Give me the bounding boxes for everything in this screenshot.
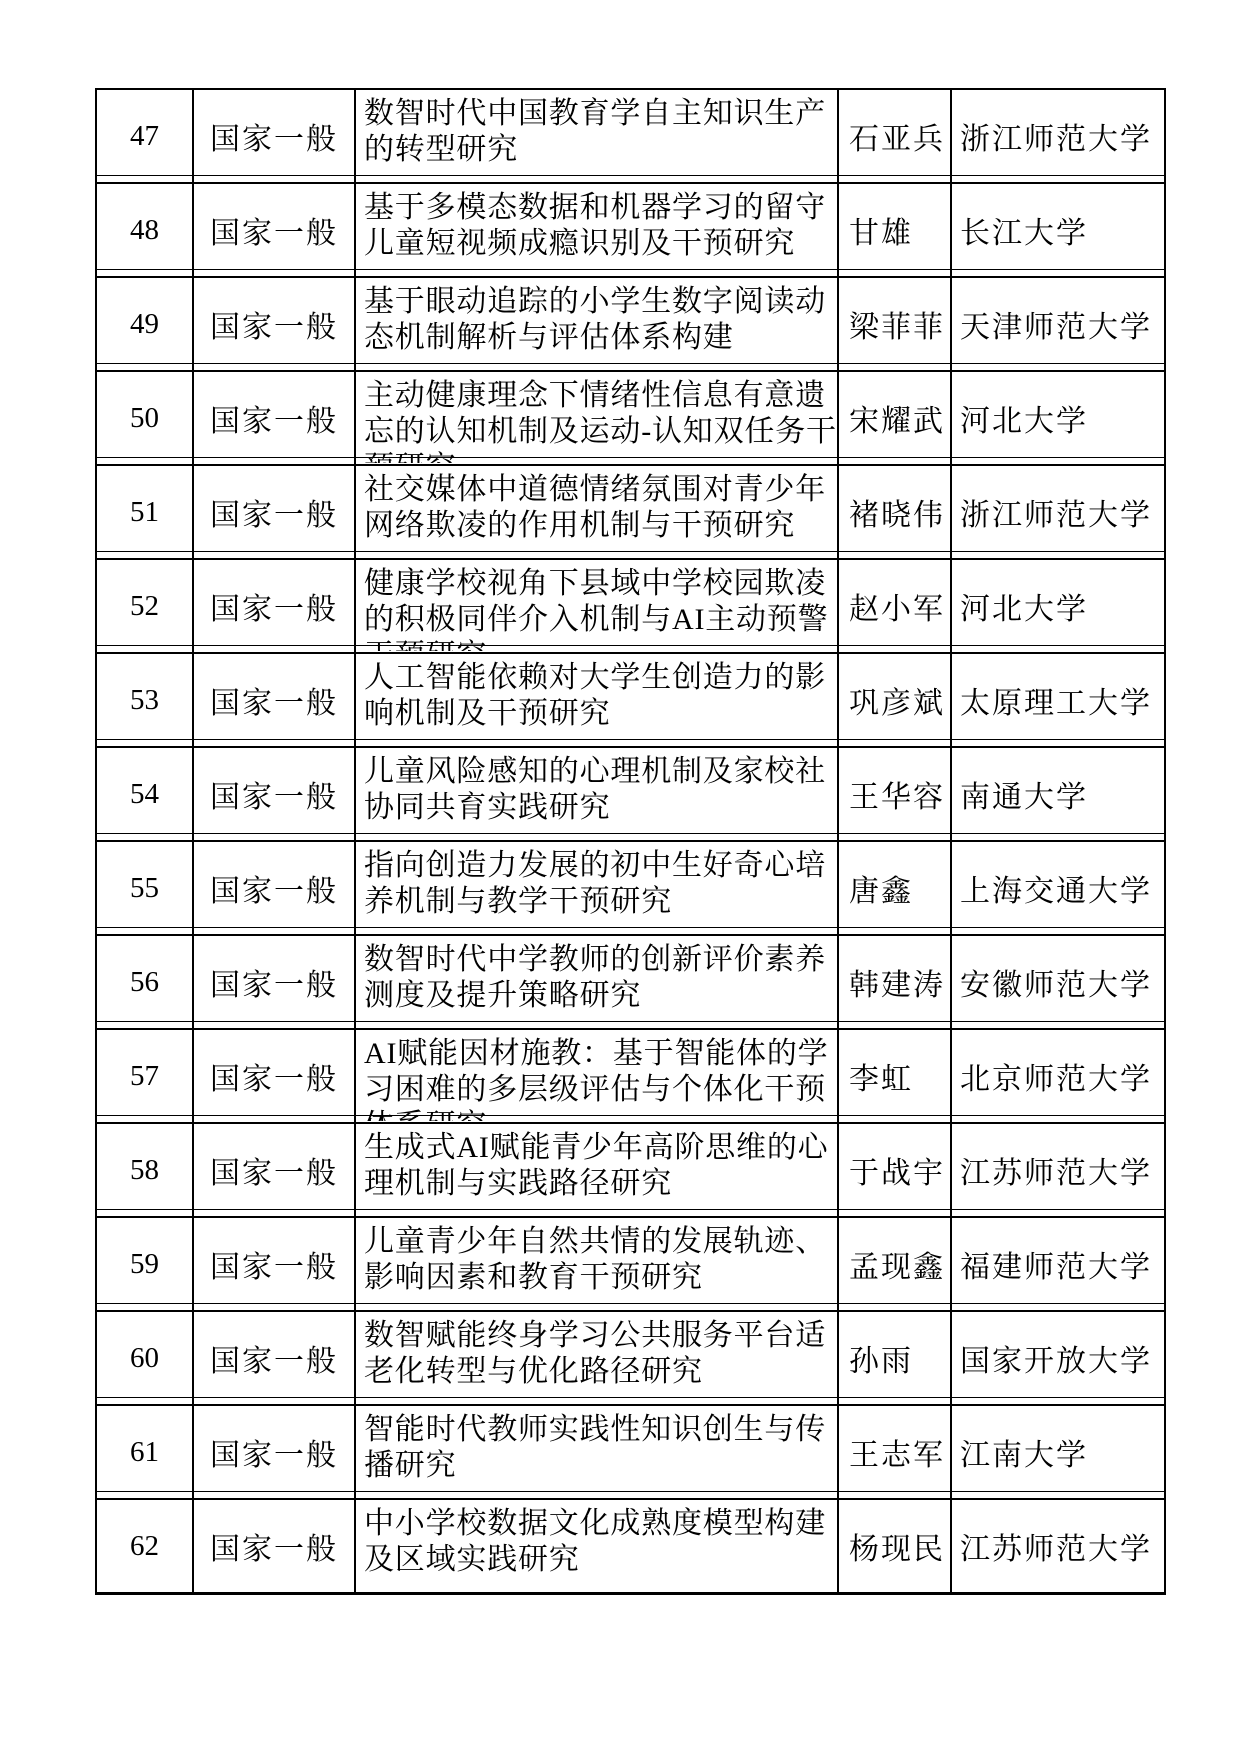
project-type-cell: 国家一般 (194, 466, 356, 558)
project-title-cell: 基于眼动追踪的小学生数字阅读动态机制解析与评估体系构建 (356, 278, 839, 370)
project-title-cell: 智能时代教师实践性知识创生与传播研究 (356, 1406, 839, 1498)
row-number-cell: 48 (97, 184, 194, 276)
leader-name-cell: 韩建涛 (839, 936, 952, 1028)
institution-name: 福建师范大学 (960, 1242, 1152, 1286)
table-row: 53 国家一般 人工智能依赖对大学生创造力的影响机制及干预研究 巩彦斌 太原理工… (97, 654, 1164, 748)
leader-name-cell: 褚晓伟 (839, 466, 952, 558)
project-type-cell: 国家一般 (194, 1218, 356, 1310)
leader-name: 甘雄 (849, 208, 913, 252)
table-row: 56 国家一般 数智时代中学教师的创新评价素养测度及提升策略研究 韩建涛 安徽师… (97, 936, 1164, 1030)
project-title: 主动健康理念下情绪性信息有意遗忘的认知机制及运动-认知双任务干预研究 (364, 378, 837, 463)
leader-name: 宋耀武 (849, 396, 945, 440)
row-number-cell: 49 (97, 278, 194, 370)
project-title: 健康学校视角下县域中学校园欺凌的积极同伴介入机制与AI主动预警干预研究 (364, 566, 837, 651)
project-type: 国家一般 (210, 302, 338, 346)
row-number-cell: 53 (97, 654, 194, 746)
row-number: 54 (130, 778, 159, 811)
institution-cell: 上海交通大学 (952, 842, 1164, 934)
leader-name: 石亚兵 (849, 114, 945, 158)
project-type: 国家一般 (210, 1148, 338, 1192)
row-number-cell: 47 (97, 90, 194, 182)
project-title: 智能时代教师实践性知识创生与传播研究 (364, 1412, 837, 1497)
row-number: 55 (130, 872, 159, 905)
leader-name-cell: 孟现鑫 (839, 1218, 952, 1310)
row-number-cell: 60 (97, 1312, 194, 1404)
project-title: 生成式AI赋能青少年高阶思维的心理机制与实践路径研究 (364, 1130, 837, 1215)
project-type-cell: 国家一般 (194, 1500, 356, 1592)
institution-cell: 安徽师范大学 (952, 936, 1164, 1028)
project-type: 国家一般 (210, 396, 338, 440)
institution-cell: 南通大学 (952, 748, 1164, 840)
institution-cell: 浙江师范大学 (952, 466, 1164, 558)
row-number-cell: 61 (97, 1406, 194, 1498)
row-number: 49 (130, 308, 159, 341)
row-number-cell: 58 (97, 1124, 194, 1216)
leader-name-cell: 王志军 (839, 1406, 952, 1498)
project-type: 国家一般 (210, 1430, 338, 1474)
leader-name: 王华容 (849, 772, 945, 816)
project-type-cell: 国家一般 (194, 1406, 356, 1498)
leader-name: 孟现鑫 (849, 1242, 945, 1286)
project-title-cell: 数智时代中国教育学自主知识生产的转型研究 (356, 90, 839, 182)
project-title-cell: 基于多模态数据和机器学习的留守儿童短视频成瘾识别及干预研究 (356, 184, 839, 276)
leader-name-cell: 杨现民 (839, 1500, 952, 1592)
project-title-cell: 儿童青少年自然共情的发展轨迹、影响因素和教育干预研究 (356, 1218, 839, 1310)
row-number: 52 (130, 590, 159, 623)
document-page: 47 国家一般 数智时代中国教育学自主知识生产的转型研究 石亚兵 浙江师范大学 … (0, 0, 1241, 1754)
project-title-cell: 指向创造力发展的初中生好奇心培养机制与教学干预研究 (356, 842, 839, 934)
institution-name: 国家开放大学 (960, 1336, 1152, 1380)
leader-name: 杨现民 (849, 1524, 945, 1568)
row-number-cell: 51 (97, 466, 194, 558)
project-type-cell: 国家一般 (194, 1030, 356, 1122)
table-row: 61 国家一般 智能时代教师实践性知识创生与传播研究 王志军 江南大学 (97, 1406, 1164, 1500)
leader-name: 于战宇 (849, 1148, 945, 1192)
table-row: 58 国家一般 生成式AI赋能青少年高阶思维的心理机制与实践路径研究 于战宇 江… (97, 1124, 1164, 1218)
row-number: 51 (130, 496, 159, 529)
project-type: 国家一般 (210, 960, 338, 1004)
leader-name-cell: 唐鑫 (839, 842, 952, 934)
project-type: 国家一般 (210, 208, 338, 252)
institution-name: 上海交通大学 (960, 866, 1152, 910)
row-number-cell: 56 (97, 936, 194, 1028)
leader-name: 孙雨 (849, 1336, 913, 1380)
project-title-cell: 主动健康理念下情绪性信息有意遗忘的认知机制及运动-认知双任务干预研究 (356, 372, 839, 464)
table-row: 52 国家一般 健康学校视角下县域中学校园欺凌的积极同伴介入机制与AI主动预警干… (97, 560, 1164, 654)
institution-name: 太原理工大学 (960, 678, 1152, 722)
project-type-cell: 国家一般 (194, 372, 356, 464)
leader-name: 李虹 (849, 1054, 913, 1098)
project-type-cell: 国家一般 (194, 748, 356, 840)
table-row: 57 国家一般 AI赋能因材施教：基于智能体的学习困难的多层级评估与个体化干预体… (97, 1030, 1164, 1124)
institution-cell: 江南大学 (952, 1406, 1164, 1498)
institution-name: 天津师范大学 (960, 302, 1152, 346)
leader-name-cell: 李虹 (839, 1030, 952, 1122)
institution-cell: 河北大学 (952, 560, 1164, 652)
institution-name: 江苏师范大学 (960, 1148, 1152, 1192)
project-type-cell: 国家一般 (194, 90, 356, 182)
project-title: 儿童风险感知的心理机制及家校社协同共育实践研究 (364, 754, 837, 839)
table-row: 47 国家一般 数智时代中国教育学自主知识生产的转型研究 石亚兵 浙江师范大学 (97, 90, 1164, 184)
project-type-cell: 国家一般 (194, 184, 356, 276)
row-number-cell: 59 (97, 1218, 194, 1310)
project-title-cell: AI赋能因材施教：基于智能体的学习困难的多层级评估与个体化干预体系研究 (356, 1030, 839, 1122)
leader-name: 梁菲菲 (849, 302, 945, 346)
row-number: 62 (130, 1530, 159, 1563)
institution-name: 南通大学 (960, 772, 1088, 816)
row-number-cell: 54 (97, 748, 194, 840)
projects-table: 47 国家一般 数智时代中国教育学自主知识生产的转型研究 石亚兵 浙江师范大学 … (95, 88, 1166, 1595)
leader-name-cell: 孙雨 (839, 1312, 952, 1404)
leader-name-cell: 巩彦斌 (839, 654, 952, 746)
leader-name-cell: 王华容 (839, 748, 952, 840)
project-title: 儿童青少年自然共情的发展轨迹、影响因素和教育干预研究 (364, 1224, 837, 1309)
project-type-cell: 国家一般 (194, 1124, 356, 1216)
row-number: 58 (130, 1154, 159, 1187)
project-title: 数智时代中学教师的创新评价素养测度及提升策略研究 (364, 942, 837, 1027)
institution-name: 浙江师范大学 (960, 490, 1152, 534)
institution-cell: 浙江师范大学 (952, 90, 1164, 182)
institution-cell: 河北大学 (952, 372, 1164, 464)
project-type-cell: 国家一般 (194, 842, 356, 934)
institution-cell: 天津师范大学 (952, 278, 1164, 370)
project-type: 国家一般 (210, 678, 338, 722)
row-number: 50 (130, 402, 159, 435)
project-title-cell: 生成式AI赋能青少年高阶思维的心理机制与实践路径研究 (356, 1124, 839, 1216)
institution-cell: 长江大学 (952, 184, 1164, 276)
project-title-cell: 数智时代中学教师的创新评价素养测度及提升策略研究 (356, 936, 839, 1028)
leader-name-cell: 赵小军 (839, 560, 952, 652)
project-type: 国家一般 (210, 1242, 338, 1286)
leader-name: 王志军 (849, 1430, 945, 1474)
institution-name: 安徽师范大学 (960, 960, 1152, 1004)
project-type-cell: 国家一般 (194, 936, 356, 1028)
table-row: 55 国家一般 指向创造力发展的初中生好奇心培养机制与教学干预研究 唐鑫 上海交… (97, 842, 1164, 936)
row-number: 59 (130, 1248, 159, 1281)
row-number: 60 (130, 1342, 159, 1375)
project-type: 国家一般 (210, 866, 338, 910)
project-title: 基于多模态数据和机器学习的留守儿童短视频成瘾识别及干预研究 (364, 190, 837, 275)
leader-name-cell: 甘雄 (839, 184, 952, 276)
institution-cell: 太原理工大学 (952, 654, 1164, 746)
table-row: 54 国家一般 儿童风险感知的心理机制及家校社协同共育实践研究 王华容 南通大学 (97, 748, 1164, 842)
row-number-cell: 52 (97, 560, 194, 652)
institution-name: 江苏师范大学 (960, 1524, 1152, 1568)
row-number-cell: 57 (97, 1030, 194, 1122)
row-number: 48 (130, 214, 159, 247)
project-type: 国家一般 (210, 772, 338, 816)
project-type-cell: 国家一般 (194, 654, 356, 746)
project-title: 数智时代中国教育学自主知识生产的转型研究 (364, 96, 837, 181)
table-row: 62 国家一般 中小学校数据文化成熟度模型构建及区域实践研究 杨现民 江苏师范大… (97, 1500, 1164, 1592)
leader-name: 唐鑫 (849, 866, 913, 910)
project-type: 国家一般 (210, 1524, 338, 1568)
table-row: 60 国家一般 数智赋能终身学习公共服务平台适老化转型与优化路径研究 孙雨 国家… (97, 1312, 1164, 1406)
institution-cell: 江苏师范大学 (952, 1500, 1164, 1592)
institution-cell: 国家开放大学 (952, 1312, 1164, 1404)
project-title-cell: 数智赋能终身学习公共服务平台适老化转型与优化路径研究 (356, 1312, 839, 1404)
leader-name-cell: 梁菲菲 (839, 278, 952, 370)
table-row: 48 国家一般 基于多模态数据和机器学习的留守儿童短视频成瘾识别及干预研究 甘雄… (97, 184, 1164, 278)
leader-name-cell: 于战宇 (839, 1124, 952, 1216)
institution-name: 浙江师范大学 (960, 114, 1152, 158)
leader-name: 韩建涛 (849, 960, 945, 1004)
table-row: 59 国家一般 儿童青少年自然共情的发展轨迹、影响因素和教育干预研究 孟现鑫 福… (97, 1218, 1164, 1312)
project-type: 国家一般 (210, 584, 338, 628)
leader-name-cell: 宋耀武 (839, 372, 952, 464)
project-title: 人工智能依赖对大学生创造力的影响机制及干预研究 (364, 660, 837, 745)
table-row: 50 国家一般 主动健康理念下情绪性信息有意遗忘的认知机制及运动-认知双任务干预… (97, 372, 1164, 466)
project-title: 数智赋能终身学习公共服务平台适老化转型与优化路径研究 (364, 1318, 837, 1403)
row-number: 61 (130, 1436, 159, 1469)
project-title-cell: 社交媒体中道德情绪氛围对青少年网络欺凌的作用机制与干预研究 (356, 466, 839, 558)
table-row: 51 国家一般 社交媒体中道德情绪氛围对青少年网络欺凌的作用机制与干预研究 褚晓… (97, 466, 1164, 560)
institution-cell: 江苏师范大学 (952, 1124, 1164, 1216)
leader-name: 褚晓伟 (849, 490, 945, 534)
row-number: 47 (130, 120, 159, 153)
project-type: 国家一般 (210, 114, 338, 158)
row-number-cell: 55 (97, 842, 194, 934)
project-title: AI赋能因材施教：基于智能体的学习困难的多层级评估与个体化干预体系研究 (364, 1036, 837, 1121)
project-type: 国家一般 (210, 490, 338, 534)
project-title-cell: 儿童风险感知的心理机制及家校社协同共育实践研究 (356, 748, 839, 840)
row-number: 56 (130, 966, 159, 999)
leader-name: 巩彦斌 (849, 678, 945, 722)
institution-cell: 福建师范大学 (952, 1218, 1164, 1310)
row-number: 57 (130, 1060, 159, 1093)
project-type-cell: 国家一般 (194, 1312, 356, 1404)
project-title-cell: 人工智能依赖对大学生创造力的影响机制及干预研究 (356, 654, 839, 746)
leader-name-cell: 石亚兵 (839, 90, 952, 182)
leader-name: 赵小军 (849, 584, 945, 628)
institution-name: 北京师范大学 (960, 1054, 1152, 1098)
project-type-cell: 国家一般 (194, 560, 356, 652)
project-title-cell: 健康学校视角下县域中学校园欺凌的积极同伴介入机制与AI主动预警干预研究 (356, 560, 839, 652)
institution-name: 河北大学 (960, 584, 1088, 628)
project-title: 社交媒体中道德情绪氛围对青少年网络欺凌的作用机制与干预研究 (364, 472, 837, 557)
row-number-cell: 62 (97, 1500, 194, 1592)
institution-name: 河北大学 (960, 396, 1088, 440)
project-title: 基于眼动追踪的小学生数字阅读动态机制解析与评估体系构建 (364, 284, 837, 369)
project-title-cell: 中小学校数据文化成熟度模型构建及区域实践研究 (356, 1500, 839, 1592)
project-type: 国家一般 (210, 1336, 338, 1380)
table-row: 49 国家一般 基于眼动追踪的小学生数字阅读动态机制解析与评估体系构建 梁菲菲 … (97, 278, 1164, 372)
project-title: 中小学校数据文化成熟度模型构建及区域实践研究 (364, 1506, 837, 1591)
project-type-cell: 国家一般 (194, 278, 356, 370)
row-number: 53 (130, 684, 159, 717)
institution-name: 长江大学 (960, 208, 1088, 252)
institution-cell: 北京师范大学 (952, 1030, 1164, 1122)
project-type: 国家一般 (210, 1054, 338, 1098)
row-number-cell: 50 (97, 372, 194, 464)
project-title: 指向创造力发展的初中生好奇心培养机制与教学干预研究 (364, 848, 837, 933)
institution-name: 江南大学 (960, 1430, 1088, 1474)
